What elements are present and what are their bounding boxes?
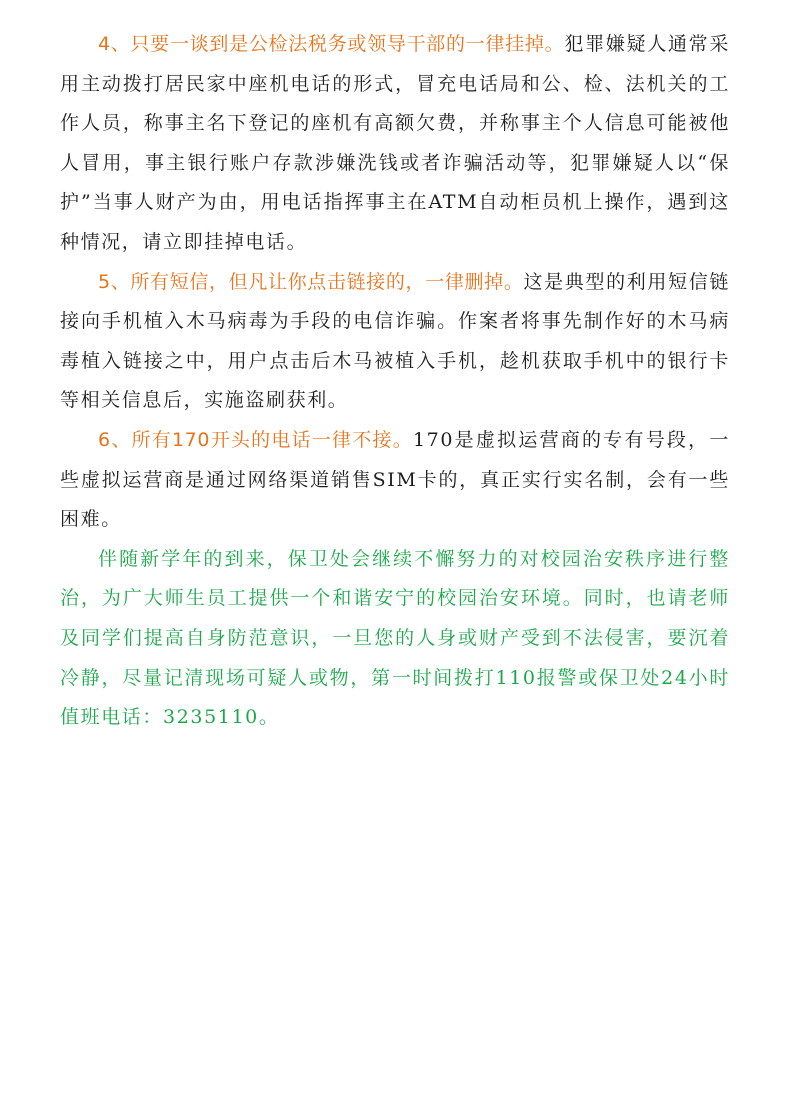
tip-heading-5: 5、所有短信，但凡让你点击链接的，一律删掉。 [98,271,524,293]
tip-heading-4: 4、只要一谈到是公检法税务或领导干部的一律挂掉。 [98,33,564,55]
closing-paragraph: 伴随新学年的到来，保卫处会继续不懈努力的对校园治安秩序进行整治，为广大师生员工提… [60,540,730,738]
tip-paragraph-5: 5、所有短信，但凡让你点击链接的，一律删掉。这是典型的利用短信链接向手机植入木马… [60,263,730,421]
tip-paragraph-6: 6、所有170开头的电话一律不接。170是虚拟运营商的专有号段，一些虚拟运营商是… [60,421,730,540]
tip-paragraph-4: 4、只要一谈到是公检法税务或领导干部的一律挂掉。犯罪嫌疑人通常采用主动拨打居民家… [60,25,730,263]
document-page: 4、只要一谈到是公检法税务或领导干部的一律挂掉。犯罪嫌疑人通常采用主动拨打居民家… [60,25,730,738]
tip-body-4: 犯罪嫌疑人通常采用主动拨打居民家中座机电话的形式，冒充电话局和公、检、法机关的工… [60,33,730,253]
tip-heading-6: 6、所有170开头的电话一律不接。 [98,429,413,451]
